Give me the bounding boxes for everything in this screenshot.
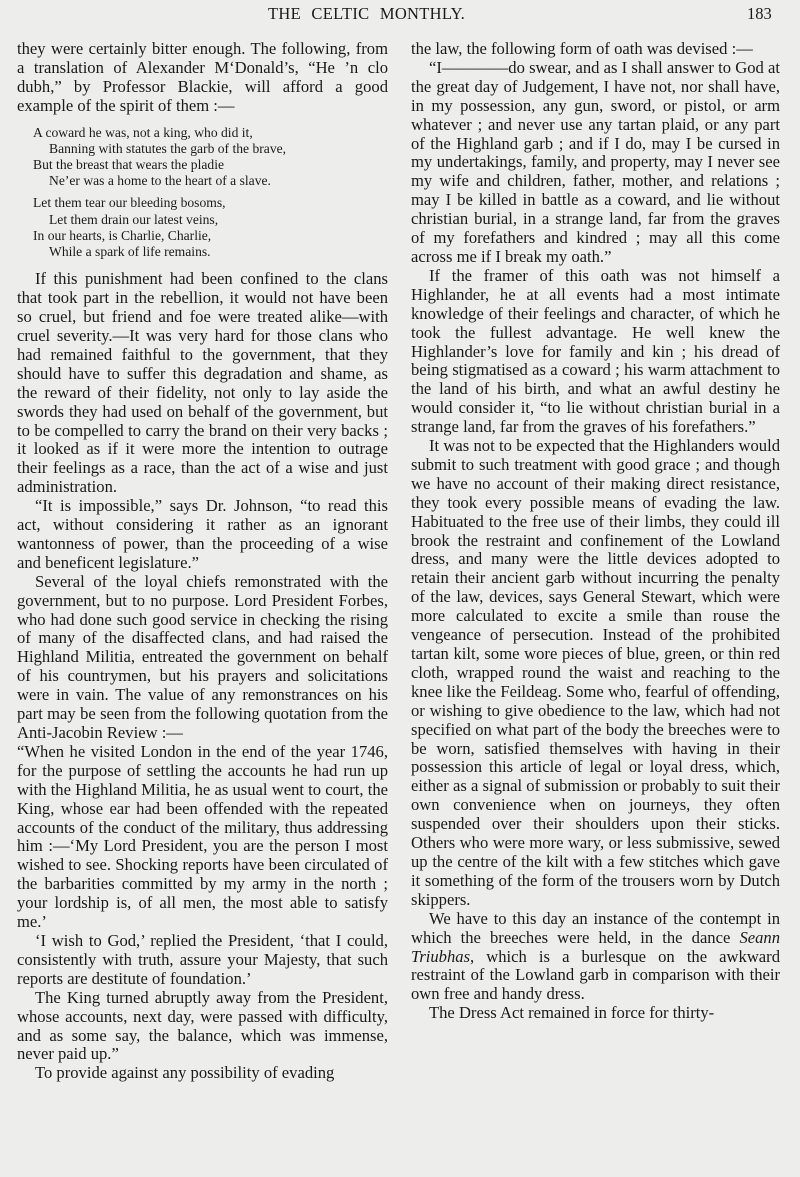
journal-title: THE CELTIC MONTHLY.: [268, 4, 465, 24]
right-column: the law, the following form of oath was …: [411, 40, 780, 1023]
body-paragraph: It was not to be expected that the Highl…: [411, 437, 780, 910]
page-number: 183: [747, 4, 772, 24]
body-paragraph: To provide against any possibility of ev…: [17, 1064, 388, 1083]
poem-line: Let them drain our latest veins,: [33, 212, 388, 228]
oath-paragraph: “I————do swear, and as I shall answer to…: [411, 59, 780, 267]
intro-paragraph: they were certainly bitter enough. The f…: [17, 40, 388, 116]
body-paragraph: “It is impossible,” says Dr. Johnson, “t…: [17, 497, 388, 573]
continuation-paragraph: the law, the following form of oath was …: [411, 40, 780, 59]
body-paragraph: If the framer of this oath was not himse…: [411, 267, 780, 437]
quoted-paragraph: The King turned abruptly away from the P…: [17, 989, 388, 1065]
poem-line: In our hearts, is Charlie, Charlie,: [33, 228, 388, 244]
poem-line: But the breast that wears the pladie: [33, 157, 388, 173]
poem-quotation: A coward he was, not a king, who did it,…: [33, 125, 388, 261]
text-span: We have to this day an instance of the c…: [411, 909, 780, 947]
body-paragraph: If this punishment had been confined to …: [17, 270, 388, 497]
poem-line: A coward he was, not a king, who did it,: [33, 125, 388, 141]
running-header: THE CELTIC MONTHLY. 183: [0, 4, 800, 28]
poem-stanza-1: A coward he was, not a king, who did it,…: [33, 125, 388, 190]
poem-stanza-2: Let them tear our bleeding bosoms, Let t…: [33, 195, 388, 260]
poem-line: Banning with statutes the garb of the br…: [33, 141, 388, 157]
poem-line: Ne’er was a home to the heart of a slave…: [33, 173, 388, 189]
poem-line: Let them tear our bleeding bosoms,: [33, 195, 388, 211]
dance-paragraph: We have to this day an instance of the c…: [411, 910, 780, 1005]
poem-line: While a spark of life remains.: [33, 244, 388, 260]
left-column: they were certainly bitter enough. The f…: [17, 40, 388, 1083]
quoted-paragraph: ‘I wish to God,’ replied the President, …: [17, 932, 388, 989]
document-page: THE CELTIC MONTHLY. 183 they were certai…: [0, 0, 800, 1177]
body-paragraph: The Dress Act remained in force for thir…: [411, 1004, 780, 1023]
quoted-paragraph: “When he visited London in the end of th…: [17, 743, 388, 932]
body-paragraph: Several of the loyal chiefs remonstrated…: [17, 573, 388, 743]
